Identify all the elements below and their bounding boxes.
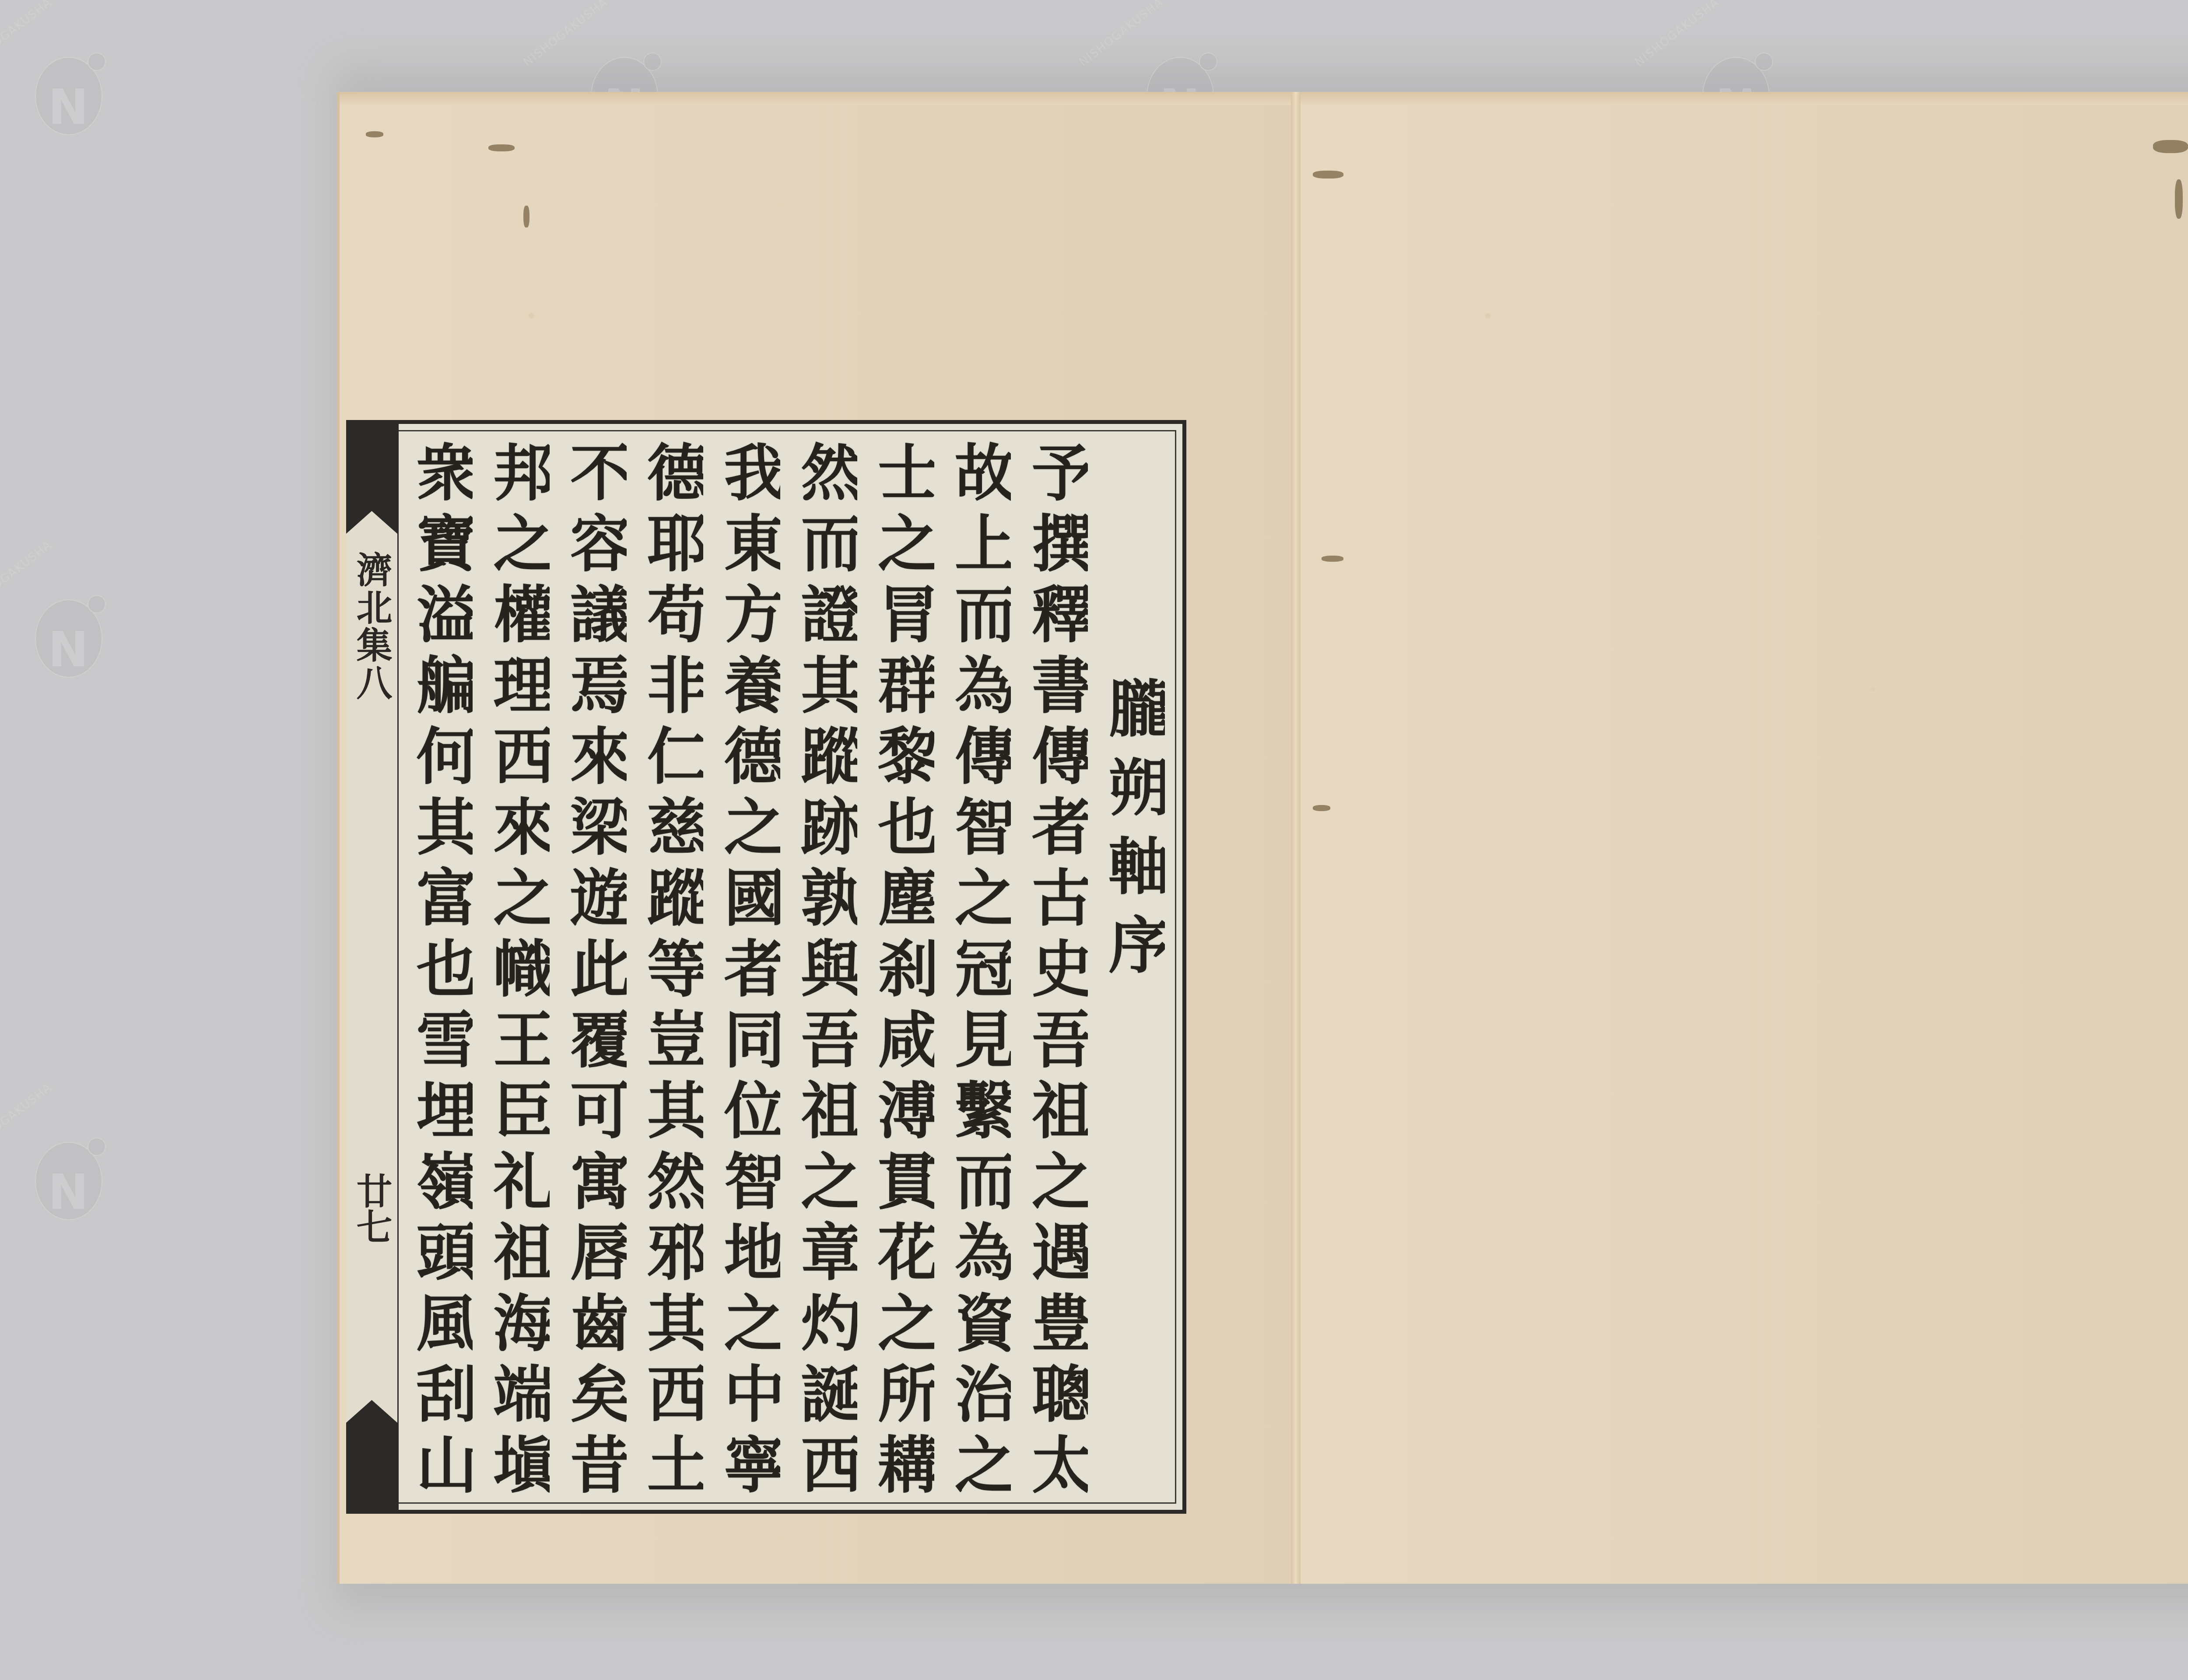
wormhole-stain bbox=[1313, 171, 1343, 178]
watermark-logo-icon: NNISHOGAKUSHA bbox=[18, 577, 118, 678]
left-page: 濟北集八 廿七 朧朔軸序 予撰釋書傳者古史吾祖之遇豊聰太子著焰著矣 故上而為傳智… bbox=[337, 92, 1298, 1584]
text-column: 衆寶溢艑何其富也雪埋嶺頭風刮山路葼莧腹枵 bbox=[407, 441, 473, 1493]
text-column: 德耶苟非仁慈蹤等豈其然邪其西土之誕弥者我 bbox=[638, 441, 703, 1493]
text-column: 予撰釋書傳者古史吾祖之遇豊聰太子著焰著矣 bbox=[1022, 441, 1088, 1493]
text-column: 不容議焉來梁遊此覆可寓唇齒矣昔者我祖錯本 bbox=[561, 441, 627, 1493]
folio-number: 廿七 bbox=[346, 1172, 397, 1244]
left-page-margin: 濟北集八 廿七 bbox=[346, 420, 399, 1514]
open-book: 濟北集八 廿七 朧朔軸序 予撰釋書傳者古史吾祖之遇豊聰太子著焰著矣 故上而為傳智… bbox=[337, 92, 2188, 1584]
left-print-frame: 濟北集八 廿七 朧朔軸序 予撰釋書傳者古史吾祖之遇豊聰太子著焰著矣 故上而為傳智… bbox=[346, 420, 1186, 1514]
book-gutter bbox=[1291, 92, 1301, 1584]
text-column: 故上而為傳智之冠見繫而為資治之轥藪矣夫開 bbox=[945, 441, 1011, 1493]
page-top-edge bbox=[1295, 92, 2188, 105]
wormhole-stain bbox=[523, 206, 529, 227]
wormhole-stain bbox=[2175, 179, 2183, 219]
wormhole-stain bbox=[488, 144, 515, 151]
wormhole-stain bbox=[1313, 805, 1330, 811]
wormhole-stain bbox=[366, 131, 383, 137]
fishtail-bottom-icon bbox=[346, 1400, 397, 1514]
left-text-block: 朧朔軸序 予撰釋書傳者古史吾祖之遇豊聰太子著焰著矣 故上而為傳智之冠見繫而為資治… bbox=[407, 441, 1165, 1493]
page-top-edge bbox=[340, 92, 1298, 105]
text-column: 邦之權理西來之幟王臣礼祖海端塡咽錦帆爍洋 bbox=[484, 441, 550, 1493]
right-page: 濟北集八 廿六 游哉適見秋風之吹起蓴鲈之懷一掬飯心万牛不 回人皆曰之子受詡師之淬… bbox=[1295, 92, 2188, 1584]
preface-title: 朧朔軸序 bbox=[1099, 441, 1165, 1493]
wormhole-stain bbox=[2153, 140, 2188, 153]
fishtail-top-icon bbox=[346, 420, 397, 534]
margin-title: 濟北集八 bbox=[346, 551, 397, 702]
wormhole-stain bbox=[1322, 556, 1343, 562]
watermark-logo-icon: NNISHOGAKUSHA bbox=[18, 1120, 118, 1221]
watermark-logo-icon: NNISHOGAKUSHA bbox=[18, 35, 118, 136]
text-column: 士之冐群黎也塵刹咸溥貫花之所耩不誣而已矣 bbox=[869, 441, 934, 1493]
text-column: 我東方養德之國者同位智地之中寧有此等之神 bbox=[715, 441, 780, 1493]
text-column: 然而證其蹤跡孰與吾祖之章灼誕西夫來南梁游 bbox=[792, 441, 857, 1493]
